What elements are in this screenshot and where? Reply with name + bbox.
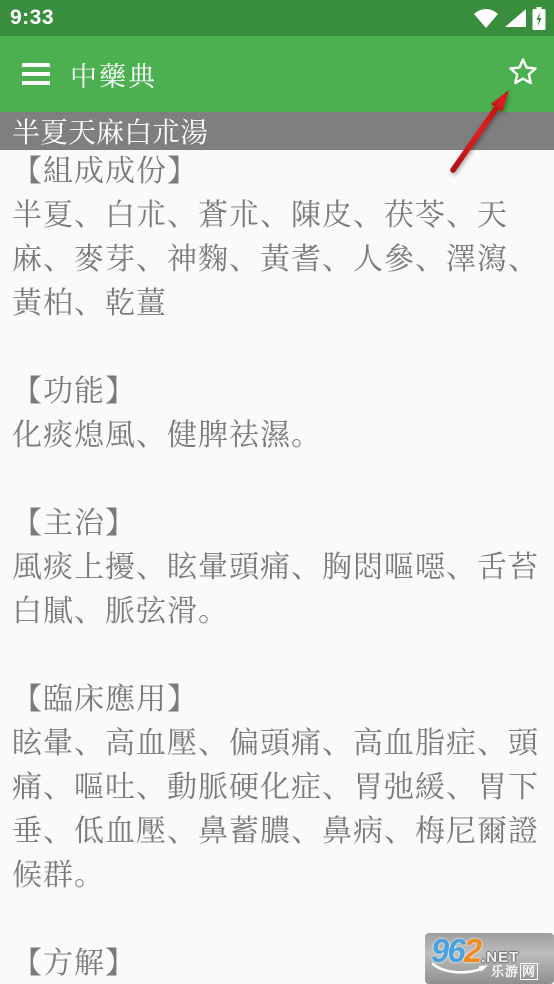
star-outline-icon bbox=[508, 57, 538, 92]
favorite-star-button[interactable] bbox=[508, 59, 538, 89]
entry-title: 半夏天麻白朮湯 bbox=[12, 111, 208, 151]
section-indications: 【主治】 風痰上擾、眩暈頭痛、胸悶嘔噁、舌苔白膩、脈弦滑。 bbox=[12, 502, 544, 634]
status-time: 9:33 bbox=[10, 6, 54, 30]
status-icons bbox=[473, 7, 546, 30]
section-header: 【組成成份】 bbox=[12, 150, 544, 194]
section-body: 化痰熄風、健脾祛濕。 bbox=[12, 414, 544, 458]
app-bar: 中藥典 bbox=[0, 36, 554, 112]
status-bar: 9:33 bbox=[0, 0, 554, 36]
battery-charging-icon bbox=[532, 7, 546, 30]
section-header: 【功能】 bbox=[12, 370, 544, 414]
section-header: 【臨床應用】 bbox=[12, 678, 544, 722]
watermark-label: 乐游网 bbox=[491, 961, 538, 980]
app-screen: 9:33 中藥典 bbox=[0, 0, 554, 984]
section-function: 【功能】 化痰熄風、健脾祛濕。 bbox=[12, 370, 544, 458]
section-clinical-application: 【臨床應用】 眩暈、高血壓、偏頭痛、高血脂症、頭痛、嘔吐、動脈硬化症、胃弛緩、胃… bbox=[12, 678, 544, 898]
section-body: 半夏、白朮、蒼朮、陳皮、茯苓、天麻、麥芽、神麴、黃耆、人參、澤瀉、黃柏、乾薑 bbox=[12, 194, 544, 326]
section-header: 【主治】 bbox=[12, 502, 544, 546]
section-body: 眩暈、高血壓、偏頭痛、高血脂症、頭痛、嘔吐、動脈硬化症、胃弛緩、胃下垂、低血壓、… bbox=[12, 722, 544, 898]
section-ingredients: 【組成成份】 半夏、白朮、蒼朮、陳皮、茯苓、天麻、麥芽、神麴、黃耆、人參、澤瀉、… bbox=[12, 150, 544, 326]
entry-title-bar: 半夏天麻白朮湯 bbox=[0, 112, 554, 150]
watermark-962net: 962 .NET 乐游网 bbox=[425, 933, 554, 984]
app-title: 中藥典 bbox=[70, 55, 157, 94]
content-scroll-area[interactable]: 【組成成份】 半夏、白朮、蒼朮、陳皮、茯苓、天麻、麥芽、神麴、黃耆、人參、澤瀉、… bbox=[0, 150, 554, 984]
section-body: 風痰上擾、眩暈頭痛、胸悶嘔噁、舌苔白膩、脈弦滑。 bbox=[12, 546, 544, 634]
wifi-icon bbox=[473, 7, 499, 29]
cellular-signal-icon bbox=[505, 9, 526, 27]
swoosh-arrow-icon bbox=[431, 961, 489, 980]
hamburger-menu-icon[interactable] bbox=[22, 63, 50, 85]
watermark-tagline: 乐游网 bbox=[431, 961, 550, 980]
